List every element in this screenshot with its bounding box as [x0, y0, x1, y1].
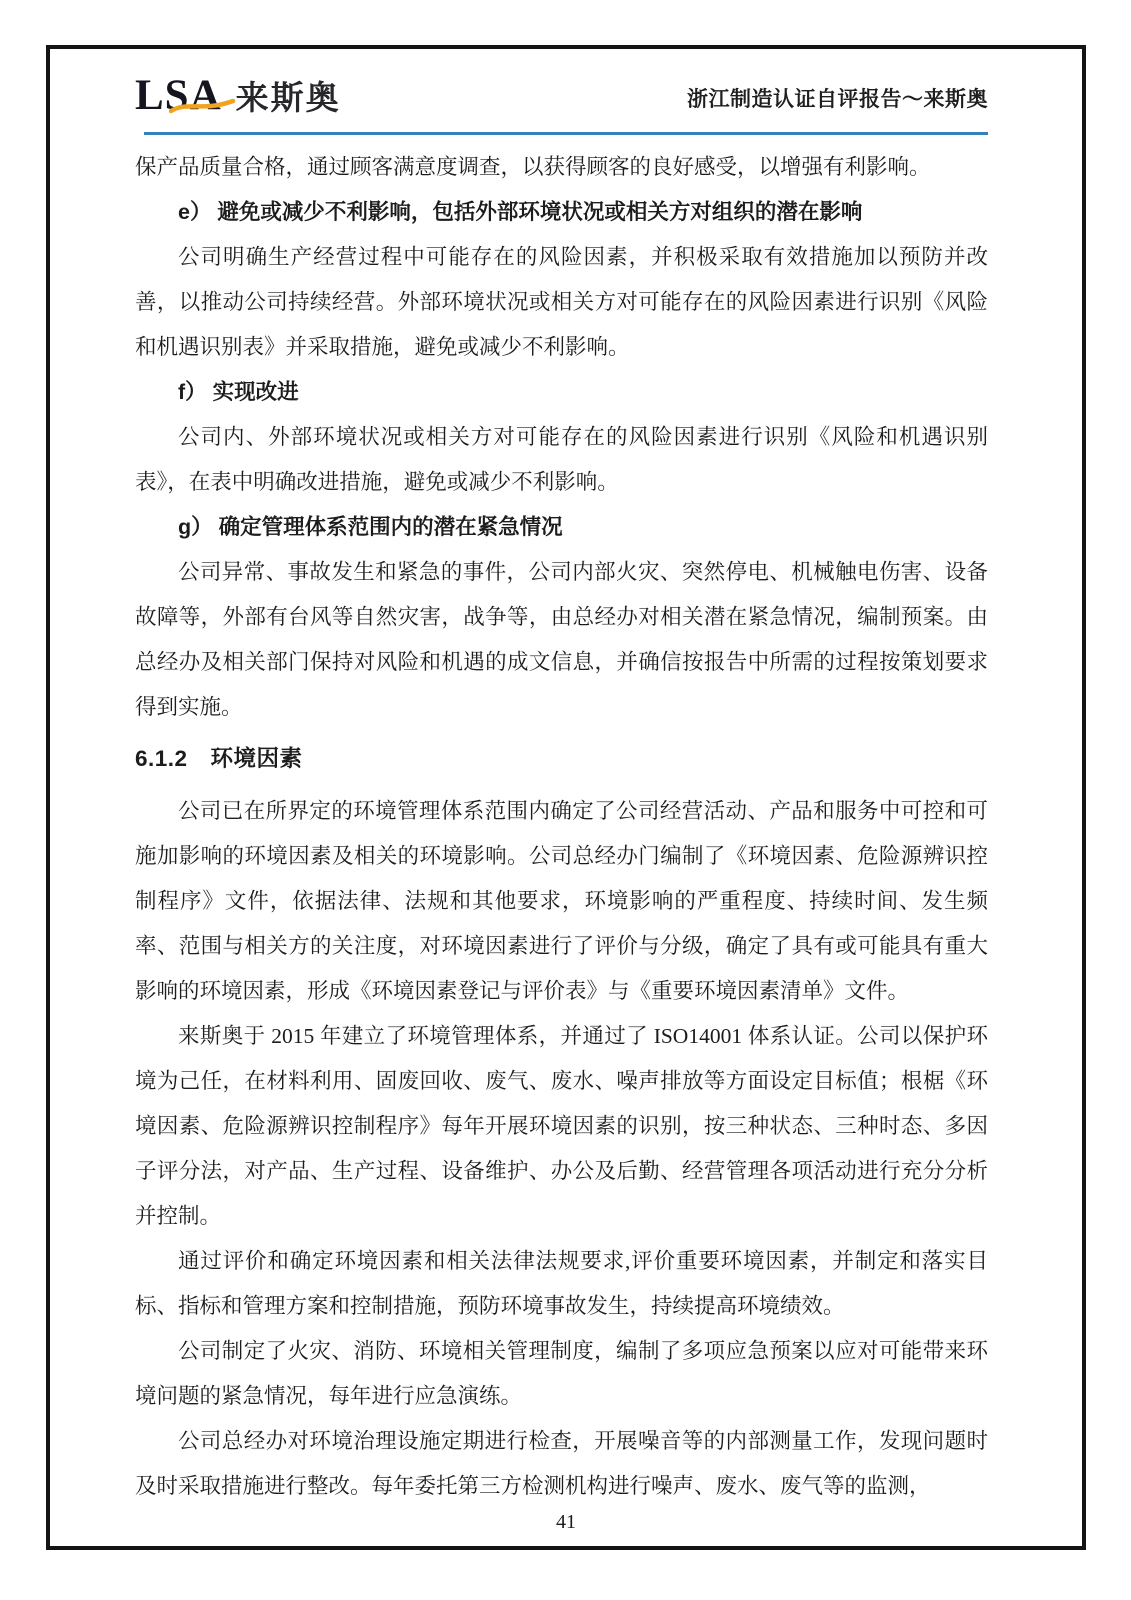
- section-heading: 6.1.2 环境因素: [135, 736, 988, 781]
- report-page: LSA 来斯奥 浙江制造认证自评报告～来斯奥 保产品质量合格，通过顾客满意度调查…: [46, 45, 1086, 1550]
- body-paragraph: 公司制定了火灾、消防、环境相关管理制度，编制了多项应急预案以应对可能带来环境问题…: [135, 1329, 988, 1419]
- list-subheading-f: f） 实现改进: [135, 370, 988, 415]
- logo-company-name: 来斯奥: [236, 81, 341, 114]
- logo-lsa-text: LSA: [135, 74, 222, 117]
- document-title: 浙江制造认证自评报告～来斯奥: [687, 83, 988, 117]
- list-subheading-g: g） 确定管理体系范围内的潜在紧急情况: [135, 505, 988, 550]
- page-header: LSA 来斯奥 浙江制造认证自评报告～来斯奥: [50, 49, 1082, 117]
- body-paragraph: 公司明确生产经营过程中可能存在的风险因素，并积极采取有效措施加以预防并改善，以推…: [135, 235, 988, 370]
- body-paragraph: 公司异常、事故发生和紧急的事件，公司内部火灾、突然停电、机械触电伤害、设备故障等…: [135, 550, 988, 730]
- page-number: 41: [556, 1511, 576, 1533]
- document-body: 保产品质量合格，通过顾客满意度调查，以获得顾客的良好感受，以增强有利影响。 e）…: [50, 135, 1082, 1509]
- company-logo: LSA 来斯奥: [135, 74, 341, 117]
- body-paragraph: 公司总经办对环境治理设施定期进行检查，开展噪音等的内部测量工作，发现问题时及时采…: [135, 1419, 988, 1509]
- body-paragraph: 公司已在所界定的环境管理体系范围内确定了公司经营活动、产品和服务中可控和可施加影…: [135, 789, 988, 1014]
- body-paragraph: 保产品质量合格，通过顾客满意度调查，以获得顾客的良好感受，以增强有利影响。: [135, 145, 988, 190]
- body-paragraph: 公司内、外部环境状况或相关方对可能存在的风险因素进行识别《风险和机遇识别表》，在…: [135, 415, 988, 505]
- list-subheading-e: e） 避免或减少不利影响，包括外部环境状况或相关方对组织的潜在影响: [135, 190, 988, 235]
- body-paragraph: 来斯奥于 2015 年建立了环境管理体系，并通过了 ISO14001 体系认证。…: [135, 1014, 988, 1239]
- body-paragraph: 通过评价和确定环境因素和相关法律法规要求,评价重要环境因素，并制定和落实目标、指…: [135, 1239, 988, 1329]
- page-footer: 41: [50, 1511, 1082, 1534]
